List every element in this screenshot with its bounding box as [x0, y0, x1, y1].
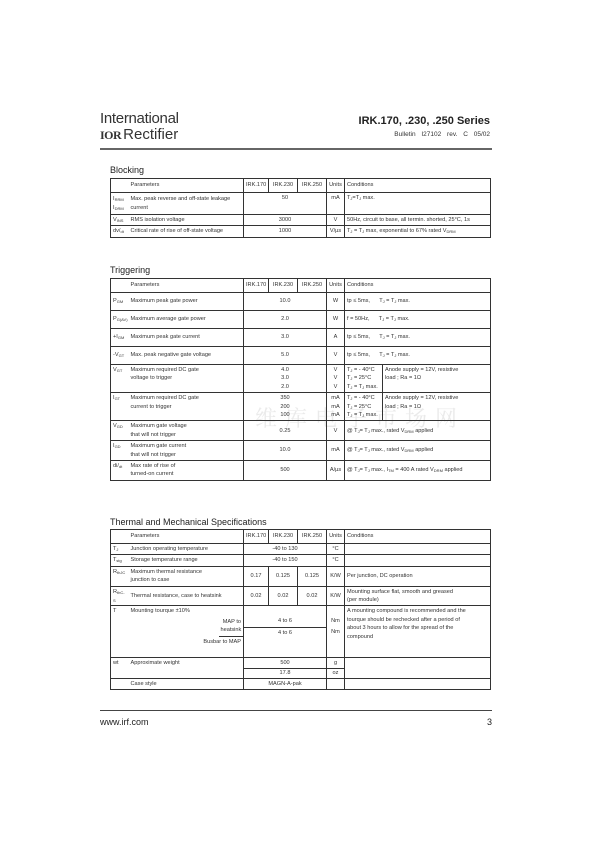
unit: V: [327, 421, 345, 441]
symbol: -VGT: [111, 347, 129, 365]
table-row: IGD Maximum gate currentthat will not tr…: [111, 441, 491, 461]
value: -40 to 150: [244, 555, 327, 566]
unit: °C: [327, 555, 345, 566]
symbol: VGT: [111, 365, 129, 393]
condition: A mounting compound is recommended and t…: [345, 606, 491, 658]
description: Max rate of rise ofturned-on current: [129, 460, 244, 480]
col-irk170: IRK.170: [244, 279, 269, 293]
col-units: Units: [327, 530, 345, 544]
condition: tp ≤ 5ms, TJ = TJ max.: [345, 293, 491, 311]
table-row-igt: IGT Maximum required DC gatecurrent to t…: [111, 393, 491, 421]
table-row: -VGT Max. peak negative gate voltage 5.0…: [111, 347, 491, 365]
symbol: IGT: [111, 393, 129, 421]
symbol: IRRMIDRM: [111, 193, 129, 215]
section-title-thermal: Thermal and Mechanical Specifications: [110, 517, 267, 527]
value: 2.0: [244, 311, 327, 329]
table-row: VINS RMS isolation voltage 3000 V 50Hz, …: [111, 215, 491, 226]
col-parameters: Parameters: [129, 179, 244, 193]
blocking-table: Parameters IRK.170 IRK.230 IRK.250 Units…: [110, 178, 491, 238]
table-header: Parameters IRK.170 IRK.230 IRK.250 Units…: [111, 279, 491, 293]
table-header: Parameters IRK.170 IRK.230 IRK.250 Units…: [111, 179, 491, 193]
company-logo: IORRectifier: [100, 126, 178, 143]
table-row: Case style MAGN-A-pak: [111, 678, 491, 689]
note: Anode supply = 12V, resistiveload ; Ra =…: [383, 393, 491, 421]
description: Maximum average gate power: [129, 311, 244, 329]
value: 500: [244, 460, 327, 480]
symbol: dv/dt: [111, 226, 129, 237]
table-row: RthJC Maximum thermal resistancejunction…: [111, 566, 491, 586]
units: g oz: [327, 657, 345, 678]
thermal-table: Parameters IRK.170 IRK.230 IRK.250 Units…: [110, 529, 491, 690]
col-units: Units: [327, 279, 345, 293]
company-name: International: [100, 110, 179, 127]
unit: [327, 678, 345, 689]
value: 3000: [244, 215, 327, 226]
col-irk170: IRK.170: [244, 179, 269, 193]
section-title-blocking: Blocking: [110, 165, 144, 175]
value: 10.0: [244, 441, 327, 461]
symbol: VGD: [111, 421, 129, 441]
table-row: IRRMIDRM Max. peak reverse and off-state…: [111, 193, 491, 215]
col-irk170: IRK.170: [244, 530, 269, 544]
symbol: wt: [111, 657, 129, 678]
description: Maximum peak gate current: [129, 329, 244, 347]
col-parameters: Parameters: [129, 530, 244, 544]
col-irk230: IRK.230: [269, 279, 298, 293]
col-conditions: Conditions: [345, 530, 491, 544]
value-irk250: 0.02: [298, 586, 327, 606]
page-number: 3: [487, 717, 492, 727]
symbol: VINS: [111, 215, 129, 226]
value: 5.0: [244, 347, 327, 365]
symbol: RthC-S: [111, 586, 129, 606]
table-row: Tstg Storage temperature range -40 to 15…: [111, 555, 491, 566]
value: MAGN-A-pak: [244, 678, 327, 689]
description: Approximate weight: [129, 657, 244, 678]
value: 10.0: [244, 293, 327, 311]
col-irk230: IRK.230: [269, 179, 298, 193]
symbol: PG(AV): [111, 311, 129, 329]
col-units: Units: [327, 179, 345, 193]
table-row: PGM Maximum peak gate power 10.0 W tp ≤ …: [111, 293, 491, 311]
units: Nm Nm: [327, 606, 345, 658]
symbol: +IGM: [111, 329, 129, 347]
unit: V/µs: [327, 226, 345, 237]
header-divider: [100, 148, 492, 150]
col-parameters: Parameters: [129, 279, 244, 293]
description: RMS isolation voltage: [129, 215, 244, 226]
condition: [345, 555, 491, 566]
condition: Per junction, DC operation: [345, 566, 491, 586]
description: Maximum gate currentthat will not trigge…: [129, 441, 244, 461]
unit: °C: [327, 544, 345, 555]
note: Anode supply = 12V, resistiveload ; Ra =…: [383, 365, 491, 393]
table-row-torque: T Mounting tourque ±10% MAP to heatsink …: [111, 606, 491, 658]
condition: TJ=TJ max.: [345, 193, 491, 215]
value-irk170: 0.17: [244, 566, 269, 586]
table-row-weight: wt Approximate weight 500 17.8 g oz: [111, 657, 491, 678]
value: 50: [244, 193, 327, 215]
values: 4 to 6 4 to 6: [244, 606, 327, 658]
unit: K/W: [327, 586, 345, 606]
table-row: RthC-S Thermal resistance, case to heats…: [111, 586, 491, 606]
col-conditions: Conditions: [345, 279, 491, 293]
symbol: IGD: [111, 441, 129, 461]
condition: @ TJ= TJ max., rated VDRM applied: [345, 421, 491, 441]
description: Maximum gate voltagethat will not trigge…: [129, 421, 244, 441]
unit: A/µs: [327, 460, 345, 480]
symbol: [111, 678, 129, 689]
description: Maximum required DC gatecurrent to trigg…: [129, 393, 244, 421]
condition: tp ≤ 5ms, TJ = TJ max.: [345, 347, 491, 365]
description: Maximum peak gate power: [129, 293, 244, 311]
symbol: PGM: [111, 293, 129, 311]
description: Mounting tourque ±10% MAP to heatsink Bu…: [129, 606, 244, 658]
condition: @ TJ= TJ max., rated VDRM applied: [345, 441, 491, 461]
value: 1000: [244, 226, 327, 237]
description: Case style: [129, 678, 244, 689]
unit: K/W: [327, 566, 345, 586]
condition: 50Hz, circuit to base, all termin. short…: [345, 215, 491, 226]
values: 4.03.02.0: [244, 365, 327, 393]
value-irk230: 0.125: [269, 566, 298, 586]
symbol: T: [111, 606, 129, 658]
description: Maximum required DC gatevoltage to trigg…: [129, 365, 244, 393]
condition: tp ≤ 5ms, TJ = TJ max.: [345, 329, 491, 347]
description: Thermal resistance, case to heatsink: [129, 586, 244, 606]
col-irk250: IRK.250: [298, 530, 327, 544]
company-name-rectifier: Rectifier: [123, 126, 178, 143]
unit: A: [327, 329, 345, 347]
description: Critical rate of rise of off-state volta…: [129, 226, 244, 237]
values: 500 17.8: [244, 657, 327, 678]
value: 0.25: [244, 421, 327, 441]
value-irk230: 0.02: [269, 586, 298, 606]
table-row: TJ Junction operating temperature -40 to…: [111, 544, 491, 555]
value-irk170: 0.02: [244, 586, 269, 606]
table-row: di/dt Max rate of rise ofturned-on curre…: [111, 460, 491, 480]
condition: [345, 678, 491, 689]
symbol: RthJC: [111, 566, 129, 586]
table-row: +IGM Maximum peak gate current 3.0 A tp …: [111, 329, 491, 347]
description: Max. peak reverse and off-state leakage …: [129, 193, 244, 215]
condition: [345, 544, 491, 555]
condition: f = 50Hz, TJ = TJ max.: [345, 311, 491, 329]
description: Max. peak negative gate voltage: [129, 347, 244, 365]
table-row: PG(AV) Maximum average gate power 2.0 W …: [111, 311, 491, 329]
unit: W: [327, 293, 345, 311]
col-conditions: Conditions: [345, 179, 491, 193]
condition: TJ = TJ max, exponential to 67% rated VD…: [345, 226, 491, 237]
unit: W: [327, 311, 345, 329]
condition: [345, 657, 491, 678]
ior-logo-mark: IOR: [100, 128, 121, 142]
units: mAmAmA: [327, 393, 345, 421]
col-irk230: IRK.230: [269, 530, 298, 544]
footer-url[interactable]: www.irf.com: [100, 717, 149, 727]
table-row: VGD Maximum gate voltagethat will not tr…: [111, 421, 491, 441]
values: 350200100: [244, 393, 327, 421]
value: 3.0: [244, 329, 327, 347]
triggering-table: Parameters IRK.170 IRK.230 IRK.250 Units…: [110, 278, 491, 481]
units: VVV: [327, 365, 345, 393]
col-irk250: IRK.250: [298, 279, 327, 293]
col-irk250: IRK.250: [298, 179, 327, 193]
unit: mA: [327, 441, 345, 461]
description: Junction operating temperature: [129, 544, 244, 555]
symbol: TJ: [111, 544, 129, 555]
table-row: dv/dt Critical rate of rise of off-state…: [111, 226, 491, 237]
series-title: IRK.170, .230, .250 Series: [359, 115, 490, 127]
unit: V: [327, 215, 345, 226]
temperatures: TJ = - 40°CTJ = 25°CTJ = TJ max.: [345, 393, 383, 421]
condition: @ TJ= TJ max., ITM = 400 A rated VDRM ap…: [345, 460, 491, 480]
unit: V: [327, 347, 345, 365]
description: Maximum thermal resistancejunction to ca…: [129, 566, 244, 586]
condition: Mounting surface flat, smooth and grease…: [345, 586, 491, 606]
footer-divider: [100, 710, 492, 711]
value-irk250: 0.125: [298, 566, 327, 586]
table-row-vgt: VGT Maximum required DC gatevoltage to t…: [111, 365, 491, 393]
description: Storage temperature range: [129, 555, 244, 566]
section-title-triggering: Triggering: [110, 265, 150, 275]
bulletin-info: Bulletin I27102 rev. C 05/02: [394, 131, 490, 138]
temperatures: TJ = - 40°CTJ = 25°CTJ = TJ max.: [345, 365, 383, 393]
value: -40 to 130: [244, 544, 327, 555]
unit: mA: [327, 193, 345, 215]
symbol: di/dt: [111, 460, 129, 480]
table-header: Parameters IRK.170 IRK.230 IRK.250 Units…: [111, 530, 491, 544]
symbol: Tstg: [111, 555, 129, 566]
